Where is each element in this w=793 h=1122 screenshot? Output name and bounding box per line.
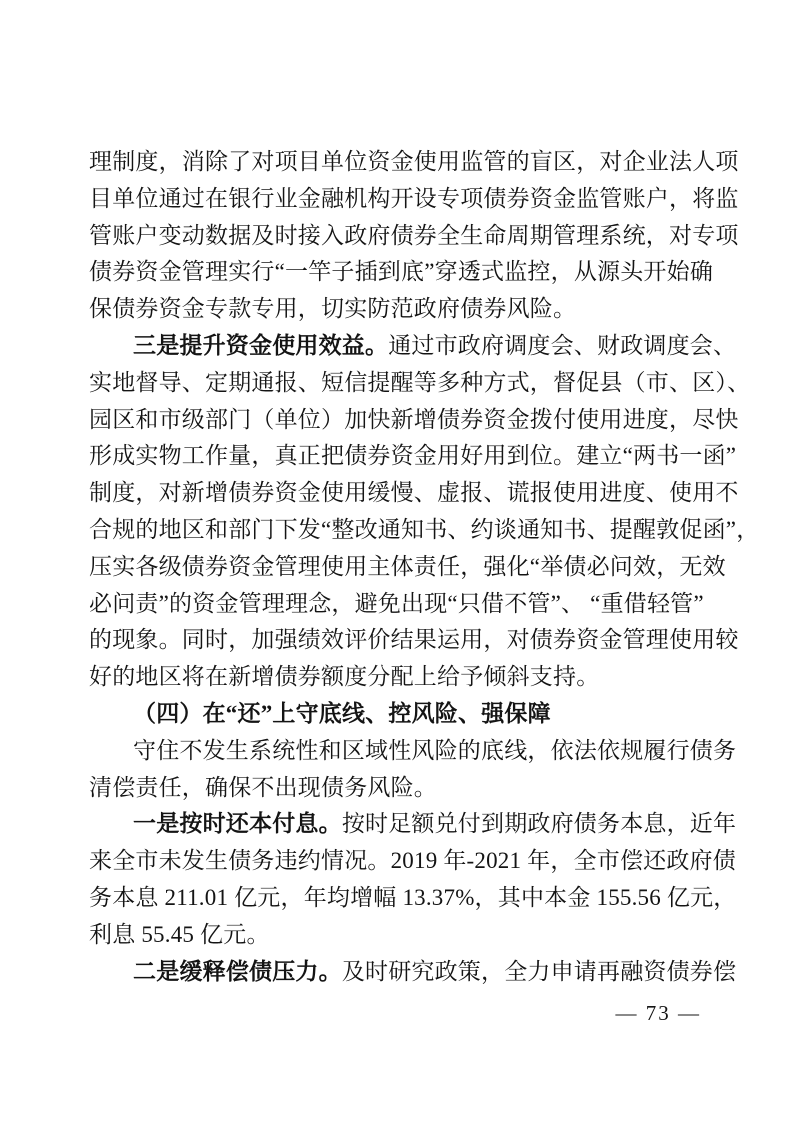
line-text: 制度，对新增债券资金使用缓慢、虚报、谎报使用进度、使用不 [89, 480, 739, 505]
document-line: 制度，对新增债券资金使用缓慢、虚报、谎报使用进度、使用不 [89, 475, 715, 512]
document-line: 利息 55.45 亿元。 [89, 917, 715, 954]
document-line: 形成实物工作量，真正把债券资金用好用到位。建立“两书一函” [89, 438, 715, 475]
document-line: 必问责”的资金管理理念，避免出现“只借不管”、 “重借轻管” [89, 586, 715, 623]
document-line: 二是缓释偿债压力。及时研究政策，全力申请再融资债券偿 [89, 954, 715, 991]
line-text: 务本息 211.01 亿元，年均增幅 13.37%，其中本金 155.56 亿元… [89, 885, 737, 910]
document-line: 实地督导、定期通报、短信提醒等多种方式，督促县（市、区）、 [89, 365, 715, 402]
line-text: 来全市未发生债务违约情况。2019 年-2021 年，全市偿还政府债 [89, 848, 736, 873]
document-line: 目单位通过在银行业金融机构开设专项债券资金监管账户，将监 [89, 181, 715, 218]
line-text: 保债券资金专款专用，切实防范政府债券风险。 [89, 296, 576, 321]
line-text: 的现象。同时，加强绩效评价结果运用，对债券资金管理使用较 [89, 627, 739, 652]
page-number: — 73 — [0, 998, 793, 1028]
document-line: 好的地区将在新增债券额度分配上给予倾斜支持。 [89, 659, 715, 696]
document-line: 园区和市级部门（单位）加快新增债券资金拨付使用进度，尽快 [89, 402, 715, 439]
line-text: 按时足额兑付到期政府债务本息，近年 [342, 811, 736, 836]
line-lead-bold-text: 三是提升资金使用效益。 [133, 333, 388, 358]
document-line: 压实各级债券资金管理使用主体责任，强化“举债必问效，无效 [89, 549, 715, 586]
document-line: 一是按时还本付息。按时足额兑付到期政府债务本息，近年 [89, 806, 715, 843]
document-line: 保债券资金专款专用，切实防范政府债券风险。 [89, 291, 715, 328]
document-line: 管账户变动数据及时接入政府债券全生命周期管理系统，对专项 [89, 218, 715, 255]
line-text: 压实各级债券资金管理使用主体责任，强化“举债必问效，无效 [89, 554, 726, 579]
line-text: 及时研究政策，全力申请再融资债券偿 [342, 959, 736, 984]
line-lead-bold-text: 二是缓释偿债压力。 [133, 959, 342, 984]
document-page: 理制度，消除了对项目单位资金使用监管的盲区，对企业法人项目单位通过在银行业金融机… [0, 0, 793, 1122]
line-text: 通过市政府调度会、财政调度会、 [388, 333, 736, 358]
line-text: 好的地区将在新增债券额度分配上给予倾斜支持。 [89, 664, 599, 689]
document-line: 守住不发生系统性和区域性风险的底线，依法依规履行债务 [89, 733, 715, 770]
document-line: 合规的地区和部门下发“整改通知书、约谈通知书、提醒敦促函”， [89, 512, 715, 549]
document-line: 三是提升资金使用效益。通过市政府调度会、财政调度会、 [89, 328, 715, 365]
line-text: 利息 55.45 亿元。 [89, 922, 270, 947]
line-text: 目单位通过在银行业金融机构开设专项债券资金监管账户，将监 [89, 186, 739, 211]
line-text: 园区和市级部门（单位）加快新增债券资金拨付使用进度，尽快 [89, 407, 739, 432]
document-line: 债券资金管理实行“一竿子插到底”穿透式监控，从源头开始确 [89, 254, 715, 291]
document-line: 理制度，消除了对项目单位资金使用监管的盲区，对企业法人项 [89, 144, 715, 181]
document-line: 来全市未发生债务违约情况。2019 年-2021 年，全市偿还政府债 [89, 843, 715, 880]
document-line: 的现象。同时，加强绩效评价结果运用，对债券资金管理使用较 [89, 622, 715, 659]
line-text: 形成实物工作量，真正把债券资金用好用到位。建立“两书一函” [89, 443, 736, 468]
line-lead-bold-text: （四）在“还”上守底线、控风险、强保障 [133, 701, 551, 726]
document-body: 理制度，消除了对项目单位资金使用监管的盲区，对企业法人项目单位通过在银行业金融机… [89, 144, 715, 990]
line-lead-bold-text: 一是按时还本付息。 [133, 811, 342, 836]
document-line: 清偿责任，确保不出现债务风险。 [89, 770, 715, 807]
line-text: 清偿责任，确保不出现债务风险。 [89, 775, 437, 800]
line-text: 合规的地区和部门下发“整改通知书、约谈通知书、提醒敦促函”， [89, 517, 759, 542]
document-line: （四）在“还”上守底线、控风险、强保障 [89, 696, 715, 733]
line-text: 必问责”的资金管理理念，避免出现“只借不管”、 “重借轻管” [89, 591, 704, 616]
line-text: 管账户变动数据及时接入政府债券全生命周期管理系统，对专项 [89, 223, 739, 248]
document-line: 务本息 211.01 亿元，年均增幅 13.37%，其中本金 155.56 亿元… [89, 880, 715, 917]
line-text: 理制度，消除了对项目单位资金使用监管的盲区，对企业法人项 [89, 149, 739, 174]
line-text: 债券资金管理实行“一竿子插到底”穿透式监控，从源头开始确 [89, 259, 713, 284]
line-text: 实地督导、定期通报、短信提醒等多种方式，督促县（市、区）、 [89, 370, 750, 395]
line-text: 守住不发生系统性和区域性风险的底线，依法依规履行债务 [133, 738, 736, 763]
